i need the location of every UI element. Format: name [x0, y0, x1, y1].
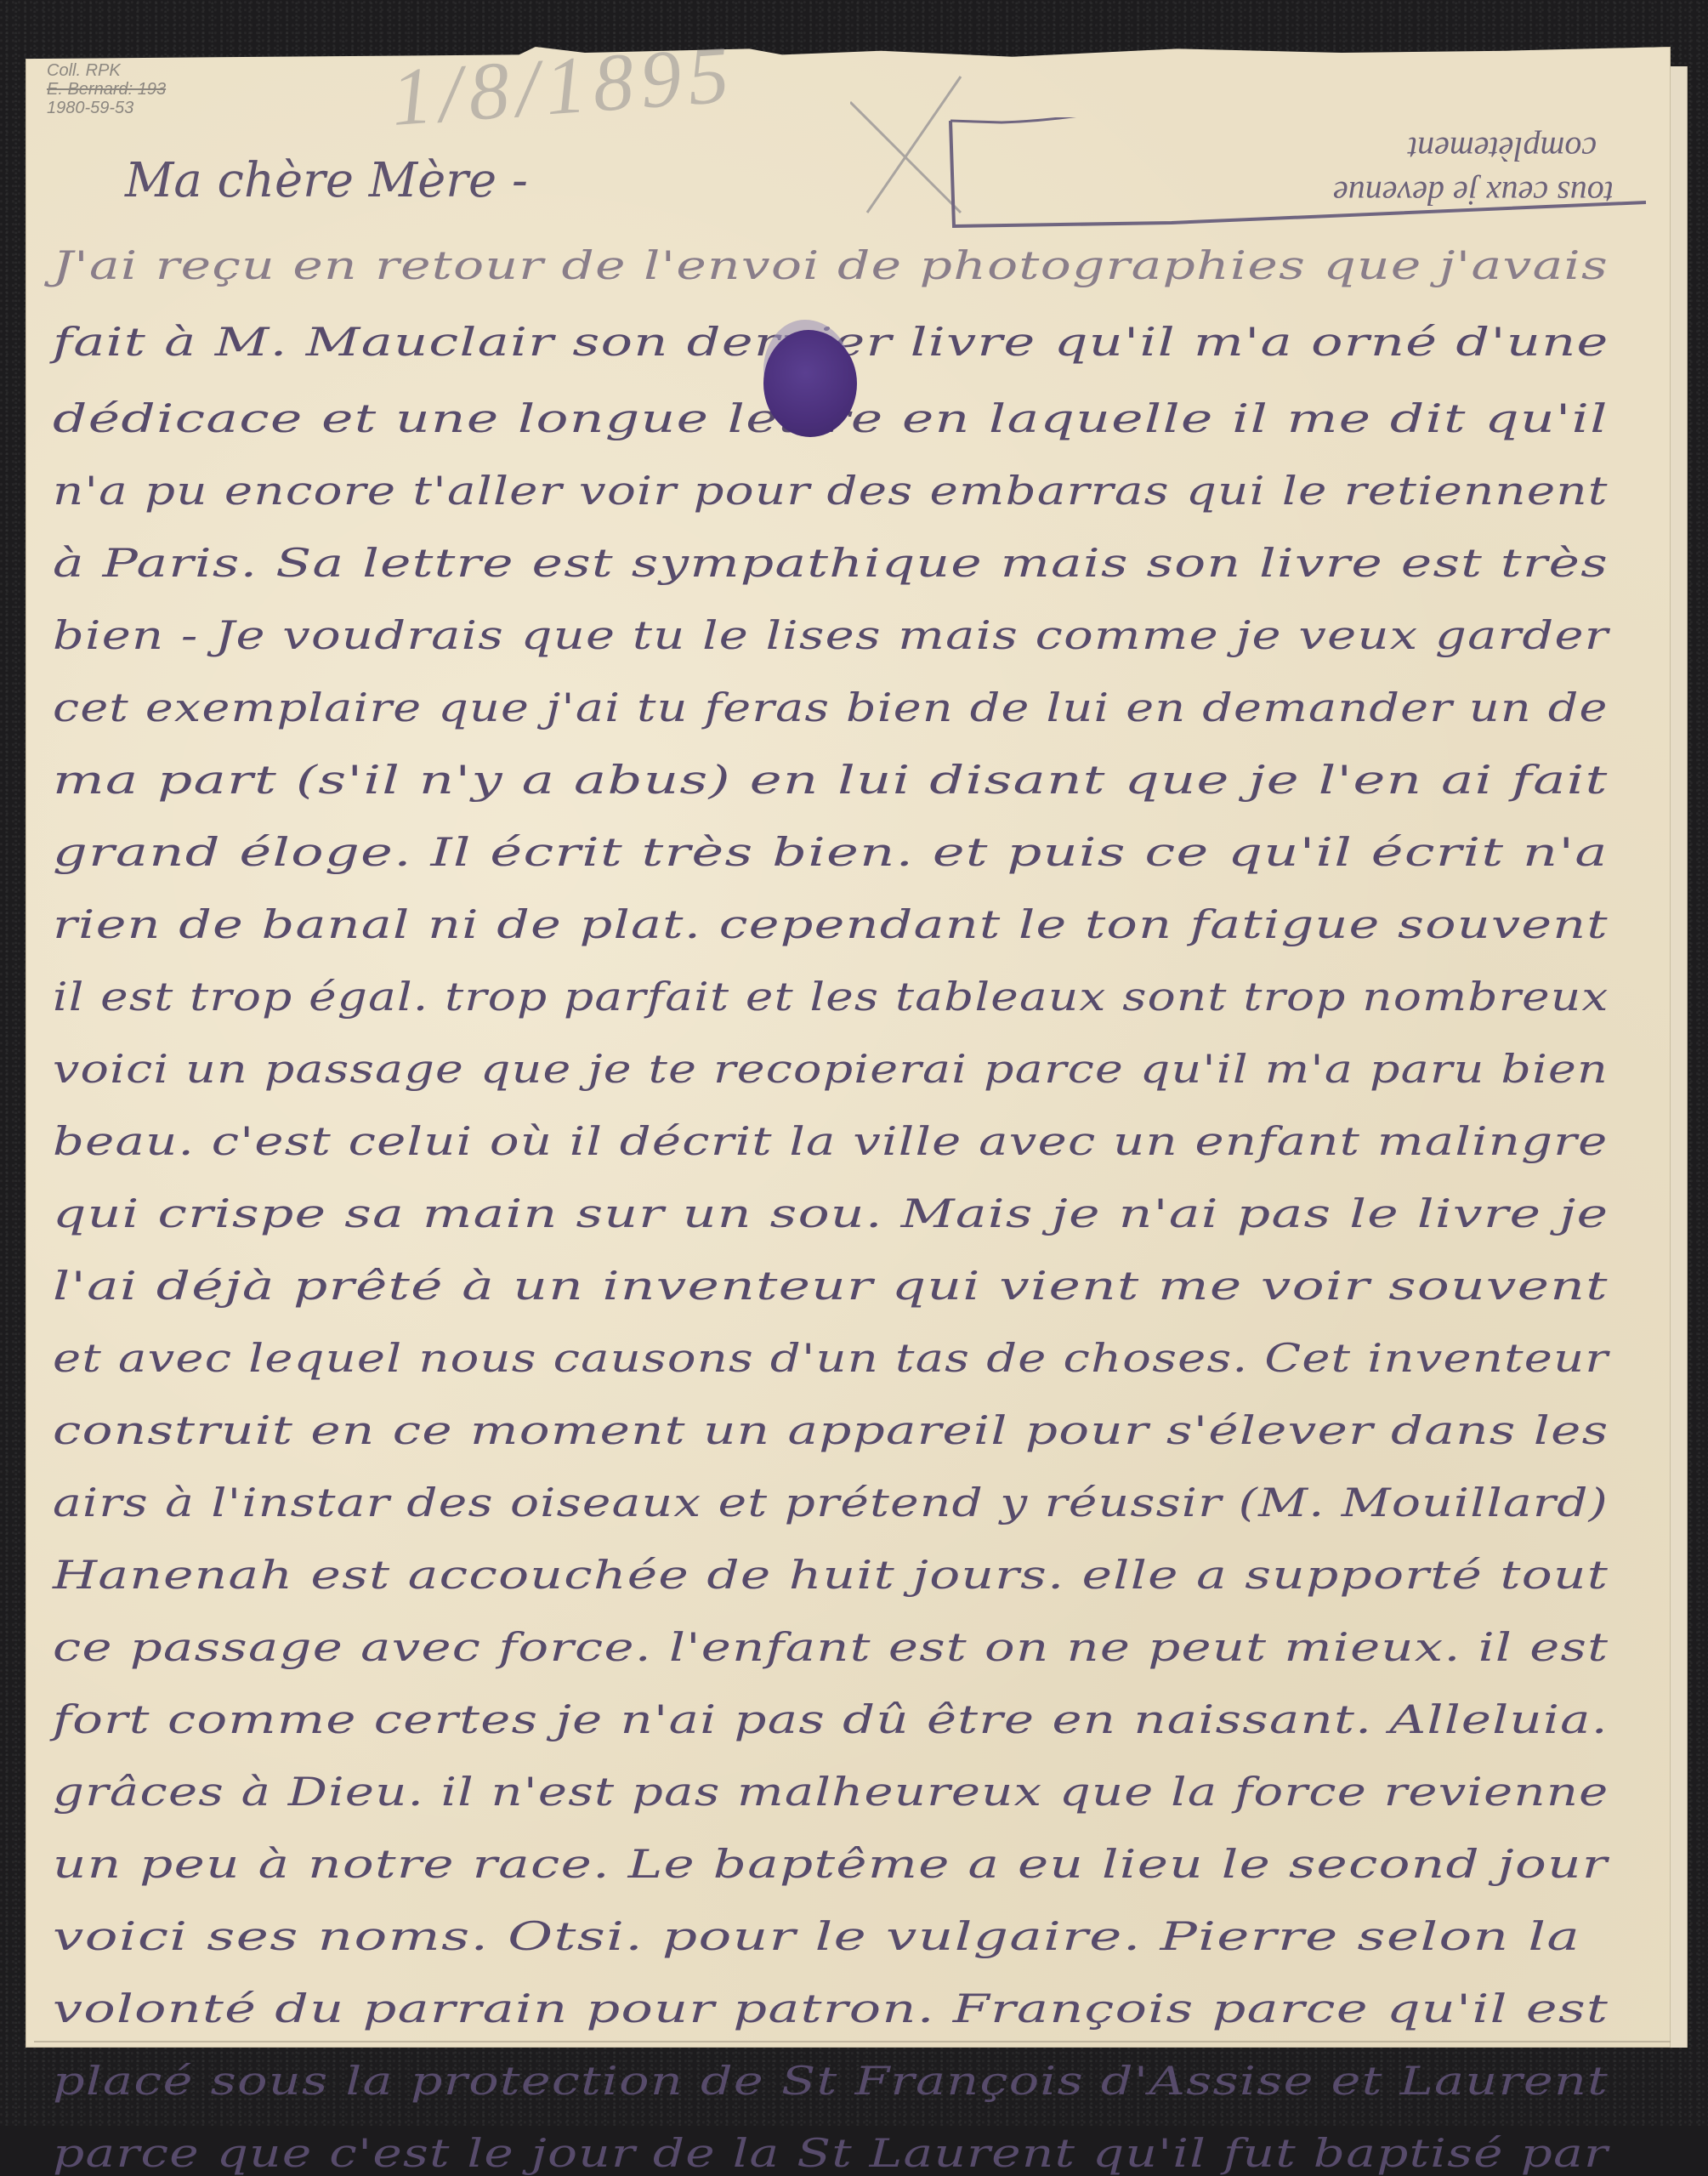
letter-line: volonté du parrain pour patron. François… — [53, 1986, 1609, 2031]
archive-accession-number: 1980-59-53 — [47, 99, 166, 117]
archive-catalog-note: Coll. RPK E. Bernard: 193 1980-59-53 — [47, 61, 166, 117]
letter-line: Hanenah est accouchée de huit jours. ell… — [53, 1552, 1609, 1598]
ink-blot — [763, 330, 857, 437]
letter-line: cet exemplaire que j'ai tu feras bien de… — [53, 685, 1609, 730]
salutation: Ma chère Mère - — [125, 153, 528, 208]
letter-line: l'ai déjà prêté à un inventeur qui vient… — [53, 1263, 1609, 1309]
paper-fold-line — [34, 2041, 1671, 2042]
letter-line: placé sous la protection de St François … — [53, 2058, 1609, 2104]
letter-line: ma part (s'il n'y a abus) en lui disant … — [53, 757, 1609, 803]
letter-line: à Paris. Sa lettre est sympathique mais … — [53, 540, 1609, 586]
letter-line: fort comme certes je n'ai pas dû être en… — [53, 1696, 1609, 1742]
letter-line: il est trop égal. trop parfait et les ta… — [53, 974, 1609, 1020]
letter-line: qui crispe sa main sur un sou. Mais je n… — [53, 1190, 1609, 1236]
letter-line: J'ai reçu en retour de l'envoi de photog… — [53, 242, 1609, 288]
upside-down-boxed-note: complètement tous ceux je devenue — [899, 117, 1648, 236]
letter-line: airs à l'instar des oiseaux et prétend y… — [53, 1480, 1609, 1525]
letter-line: beau. c'est celui où il décrit la ville … — [53, 1118, 1609, 1164]
letter-line: bien - Je voudrais que tu le lises mais … — [53, 612, 1609, 658]
letter-line: voici un passage que je te recopierai pa… — [53, 1046, 1609, 1092]
letter-line: et avec lequel nous causons d'un tas de … — [53, 1335, 1609, 1381]
archive-collection: Coll. RPK — [47, 61, 166, 80]
boxed-note-line-2: tous ceux je devenue — [1333, 173, 1614, 213]
boxed-note-line-1: complètement — [1408, 129, 1597, 169]
archive-old-number: E. Bernard: 193 — [47, 80, 166, 99]
letter-line: grand éloge. Il écrit très bien. et puis… — [53, 829, 1609, 875]
letter-line: rien de banal ni de plat. cependant le t… — [53, 901, 1609, 947]
letter-line: construit en ce moment un appareil pour … — [53, 1407, 1609, 1453]
letter-line: n'a pu encore t'aller voir pour des emba… — [53, 468, 1609, 514]
letter-line: grâces à Dieu. il n'est pas malheureux q… — [53, 1769, 1609, 1815]
letter-line: ce passage avec force. l'enfant est on n… — [53, 1624, 1609, 1670]
letter-line: voici ses noms. Otsi. pour le vulgaire. … — [53, 1913, 1580, 1959]
letter-line: un peu à notre race. Le baptême a eu lie… — [53, 1841, 1608, 1887]
